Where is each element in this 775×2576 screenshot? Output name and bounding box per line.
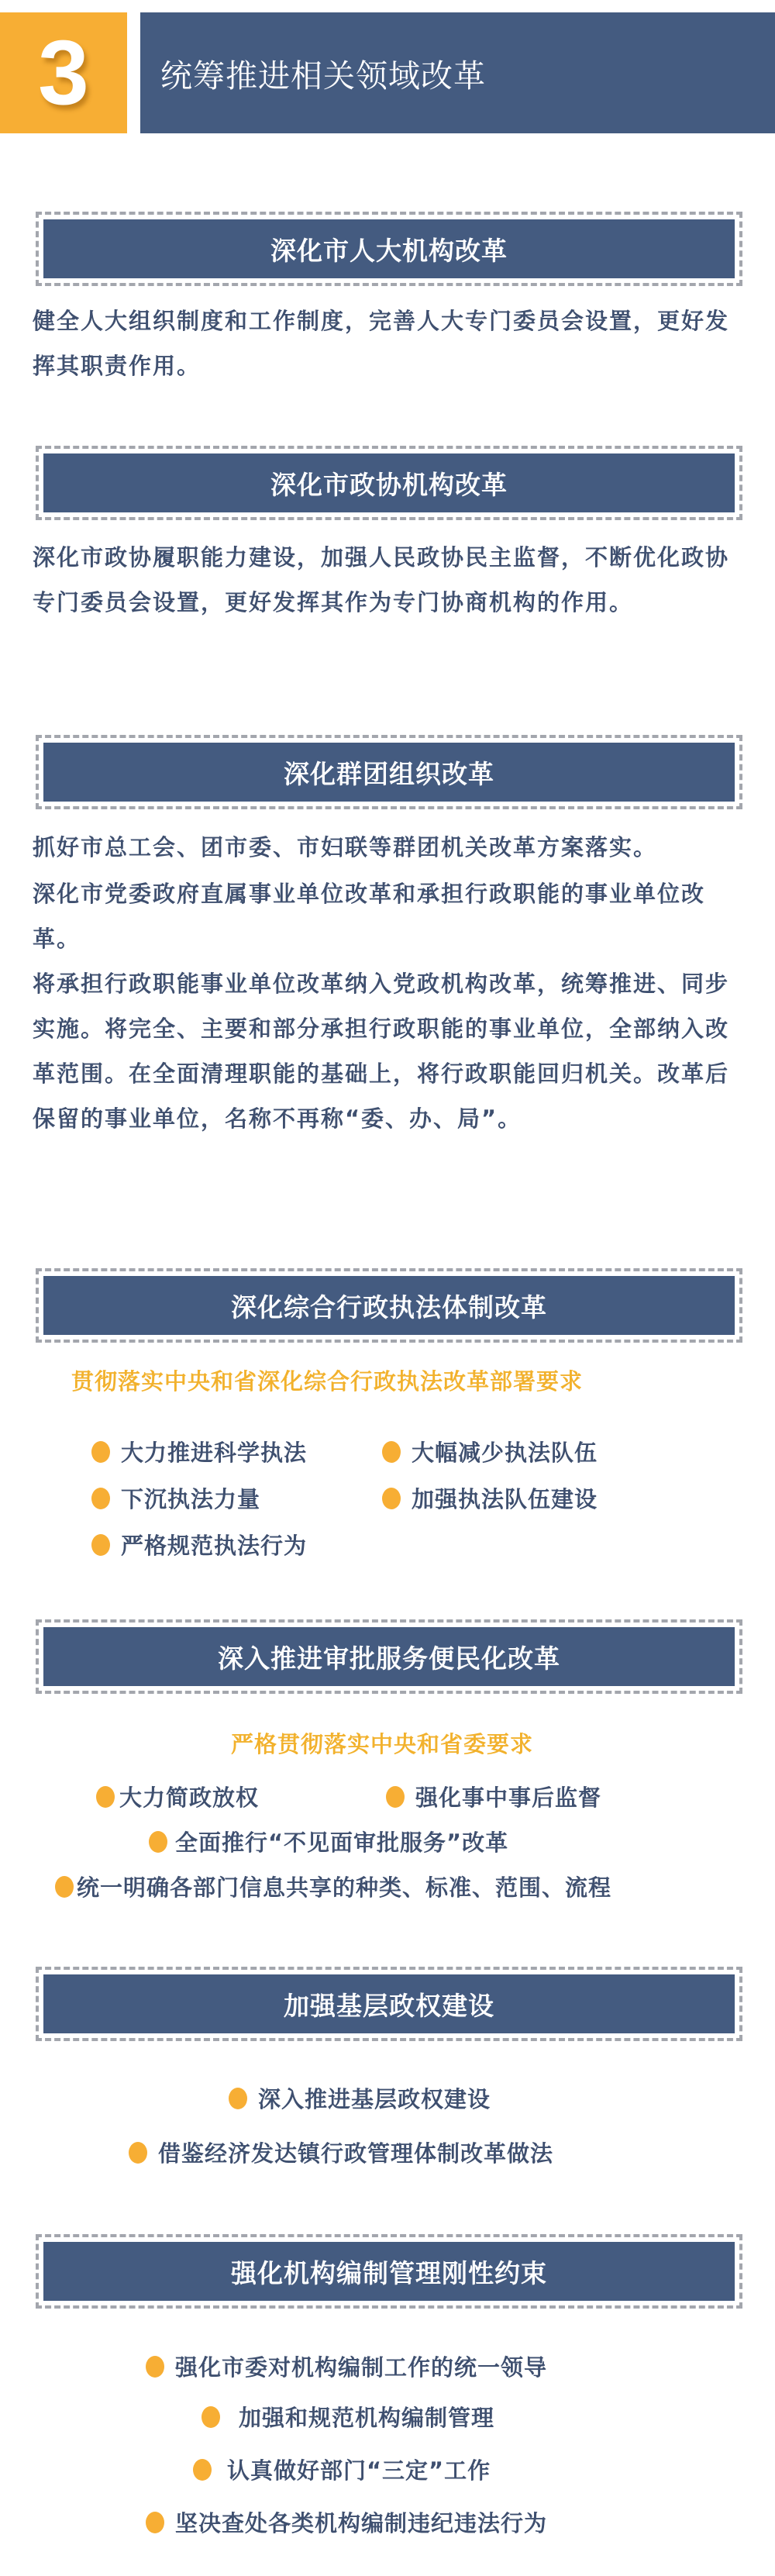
bullet-dot-icon — [201, 2406, 220, 2428]
section-heading-bar: 强化机构编制管理刚性约束 — [43, 2242, 735, 2301]
section-heading-box: 强化机构编制管理刚性约束 — [36, 2234, 742, 2309]
bullet-dot-icon — [91, 1441, 110, 1463]
section-subtitle: 贯彻落实中央和省深化综合行政执法改革部署要求 — [71, 1364, 583, 1396]
bullet-item: 加强执法队伍建设 — [382, 1482, 598, 1514]
bullet-text: 加强和规范机构编制管理 — [239, 2401, 494, 2433]
section-heading-box: 深化市政协机构改革 — [36, 446, 742, 520]
bullet-text: 深入推进基层政权建设 — [258, 2082, 491, 2114]
bullet-text: 强化市委对机构编制工作的统一领导 — [175, 2350, 547, 2382]
bullet-dot-icon — [129, 2142, 147, 2164]
bullet-text: 统一明确各部门信息共享的种类、标准、范围、流程 — [77, 1871, 611, 1902]
bullet-item: 借鉴经济发达镇行政管理体制改革做法 — [129, 2136, 553, 2168]
section-number-badge: 3 — [0, 12, 127, 133]
bullet-text: 认真做好部门“三定”工作 — [227, 2454, 491, 2485]
section-paragraph: 抓好市总工会、团市委、市妇联等群团机关改革方案落实。 — [33, 825, 746, 870]
section-heading-bar: 深化市政协机构改革 — [43, 453, 735, 512]
bullet-dot-icon — [55, 1876, 74, 1898]
bullet-text: 大力简政放权 — [119, 1781, 259, 1812]
section-heading-bar: 深化群团组织改革 — [43, 743, 735, 802]
bullet-dot-icon — [382, 1441, 401, 1463]
bullet-text: 全面推行“不见面审批服务”改革 — [175, 1826, 508, 1857]
bullet-dot-icon — [146, 2356, 164, 2378]
section-paragraph: 将承担行政职能事业单位改革纳入党政机构改革，统筹推进、同步实施。将完全、主要和部… — [33, 961, 746, 1141]
bullet-item: 下沉执法力量 — [91, 1482, 260, 1514]
bullet-item: 深入推进基层政权建设 — [229, 2082, 491, 2114]
section-heading: 深化市政协机构改革 — [270, 465, 508, 502]
section-heading-bar: 深化市人大机构改革 — [43, 219, 735, 278]
bullet-text: 强化事中事后监督 — [415, 1781, 601, 1812]
bullet-item: 强化市委对机构编制工作的统一领导 — [146, 2350, 547, 2382]
bullet-item: 坚决查处各类机构编制违纪违法行为 — [146, 2506, 547, 2538]
bullet-dot-icon — [91, 1534, 110, 1556]
bullet-dot-icon — [96, 1786, 115, 1808]
section-paragraph: 深化市政协履职能力建设，加强人民政协民主监督，不断优化政协专门委员会设置，更好发… — [33, 535, 746, 625]
bullet-item: 强化事中事后监督 — [386, 1781, 601, 1812]
bullet-text: 严格规范执法行为 — [121, 1529, 307, 1560]
bullet-item: 加强和规范机构编制管理 — [201, 2401, 494, 2433]
section-heading-box: 深化综合行政执法体制改革 — [36, 1268, 742, 1343]
bullet-dot-icon — [382, 1488, 401, 1509]
section-heading-bar: 深入推进审批服务便民化改革 — [43, 1627, 735, 1686]
bullet-text: 坚决查处各类机构编制违纪违法行为 — [175, 2506, 547, 2538]
section-subtitle: 严格贯彻落实中央和省委要求 — [231, 1727, 533, 1759]
bullet-text: 大力推进科学执法 — [121, 1436, 307, 1467]
bullet-text: 加强执法队伍建设 — [412, 1482, 598, 1514]
section-heading: 强化机构编制管理刚性约束 — [231, 2254, 547, 2290]
bullet-dot-icon — [146, 2512, 164, 2533]
bullet-item: 认真做好部门“三定”工作 — [193, 2454, 491, 2485]
page-header: 统筹推进相关领域改革 — [140, 12, 775, 133]
section-heading: 深化市人大机构改革 — [270, 231, 508, 267]
section-heading-bar: 深化综合行政执法体制改革 — [43, 1276, 735, 1335]
bullet-dot-icon — [386, 1786, 405, 1808]
bullet-dot-icon — [91, 1488, 110, 1509]
section-paragraph: 健全人大组织制度和工作制度，完善人大专门委员会设置，更好发挥其职责作用。 — [33, 298, 746, 388]
section-heading: 深化综合行政执法体制改革 — [231, 1288, 547, 1324]
bullet-text: 大幅减少执法队伍 — [412, 1436, 598, 1467]
bullet-dot-icon — [229, 2088, 247, 2109]
section-number: 3 — [38, 27, 89, 119]
section-paragraph: 深化市党委政府直属事业单位改革和承担行政职能的事业单位改革。 — [33, 871, 746, 961]
section-heading: 加强基层政权建设 — [284, 1986, 494, 2023]
bullet-text: 下沉执法力量 — [121, 1482, 260, 1514]
bullet-dot-icon — [149, 1831, 167, 1853]
bullet-item: 全面推行“不见面审批服务”改革 — [149, 1826, 508, 1857]
bullet-item: 大幅减少执法队伍 — [382, 1436, 598, 1467]
bullet-item: 统一明确各部门信息共享的种类、标准、范围、流程 — [55, 1871, 611, 1902]
section-heading-box: 深化群团组织改革 — [36, 735, 742, 809]
bullet-item: 大力简政放权 — [96, 1781, 259, 1812]
bullet-text: 借鉴经济发达镇行政管理体制改革做法 — [158, 2136, 553, 2168]
section-heading-bar: 加强基层政权建设 — [43, 1974, 735, 2033]
section-heading-box: 深入推进审批服务便民化改革 — [36, 1619, 742, 1694]
page-title: 统筹推进相关领域改革 — [140, 50, 486, 96]
bullet-item: 大力推进科学执法 — [91, 1436, 307, 1467]
bullet-item: 严格规范执法行为 — [91, 1529, 307, 1560]
section-heading: 深入推进审批服务便民化改革 — [218, 1639, 560, 1675]
section-heading: 深化群团组织改革 — [284, 754, 494, 791]
section-heading-box: 加强基层政权建设 — [36, 1967, 742, 2041]
bullet-dot-icon — [193, 2459, 212, 2481]
section-heading-box: 深化市人大机构改革 — [36, 212, 742, 286]
